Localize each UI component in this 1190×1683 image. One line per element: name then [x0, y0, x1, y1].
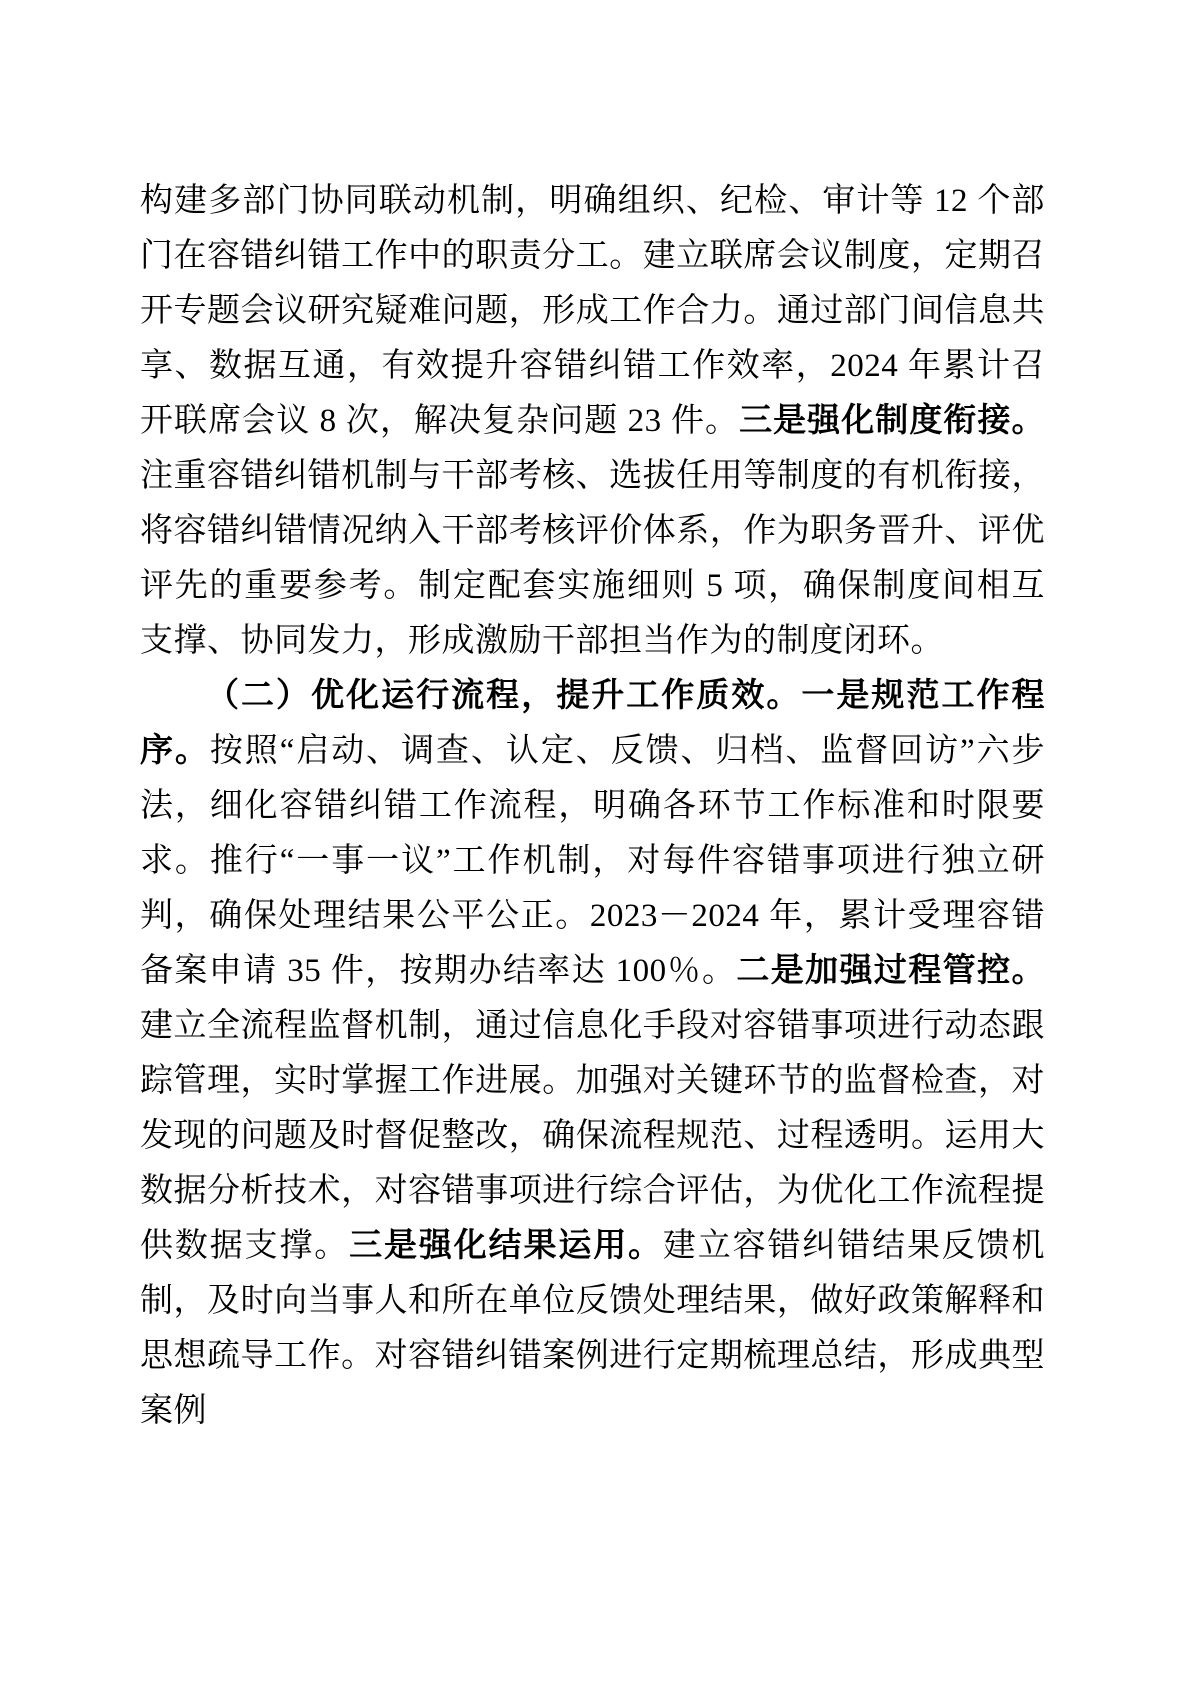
paragraph-2: （二）优化运行流程，提升工作质效。一是规范工作程序。按照“启动、调查、认定、反馈…	[140, 669, 1045, 1439]
text-run: 建立全流程监督机制，通过信息化手段对容错事项进行动态跟踪管理，实时掌握工作进展。…	[140, 1008, 1045, 1264]
text-run: 注重容错纠错机制与干部考核、选拔任用等制度的有机衔接，将容错纠错情况纳入干部考核…	[140, 458, 1045, 659]
document-page: 构建多部门协同联动机制，明确组织、纪检、审计等 12 个部门在容错纠错工作中的职…	[0, 0, 1190, 1683]
text-run: 按照“启动、调查、认定、反馈、归档、监督回访”六步法，细化容错纠错工作流程，明确…	[140, 733, 1045, 989]
text-run: 构建多部门协同联动机制，明确组织、纪检、审计等 12 个部门在容错纠错工作中的职…	[140, 183, 1045, 439]
lead-in-run: 二是加强过程管控。	[736, 953, 1045, 989]
paragraph-1: 构建多部门协同联动机制，明确组织、纪检、审计等 12 个部门在容错纠错工作中的职…	[140, 174, 1045, 669]
lead-in-run: 三是强化结果运用。	[349, 1228, 663, 1264]
section-heading-run: （二）优化运行流程，提升工作质效。	[206, 678, 801, 714]
lead-in-run: 三是强化制度衔接。	[739, 403, 1045, 439]
